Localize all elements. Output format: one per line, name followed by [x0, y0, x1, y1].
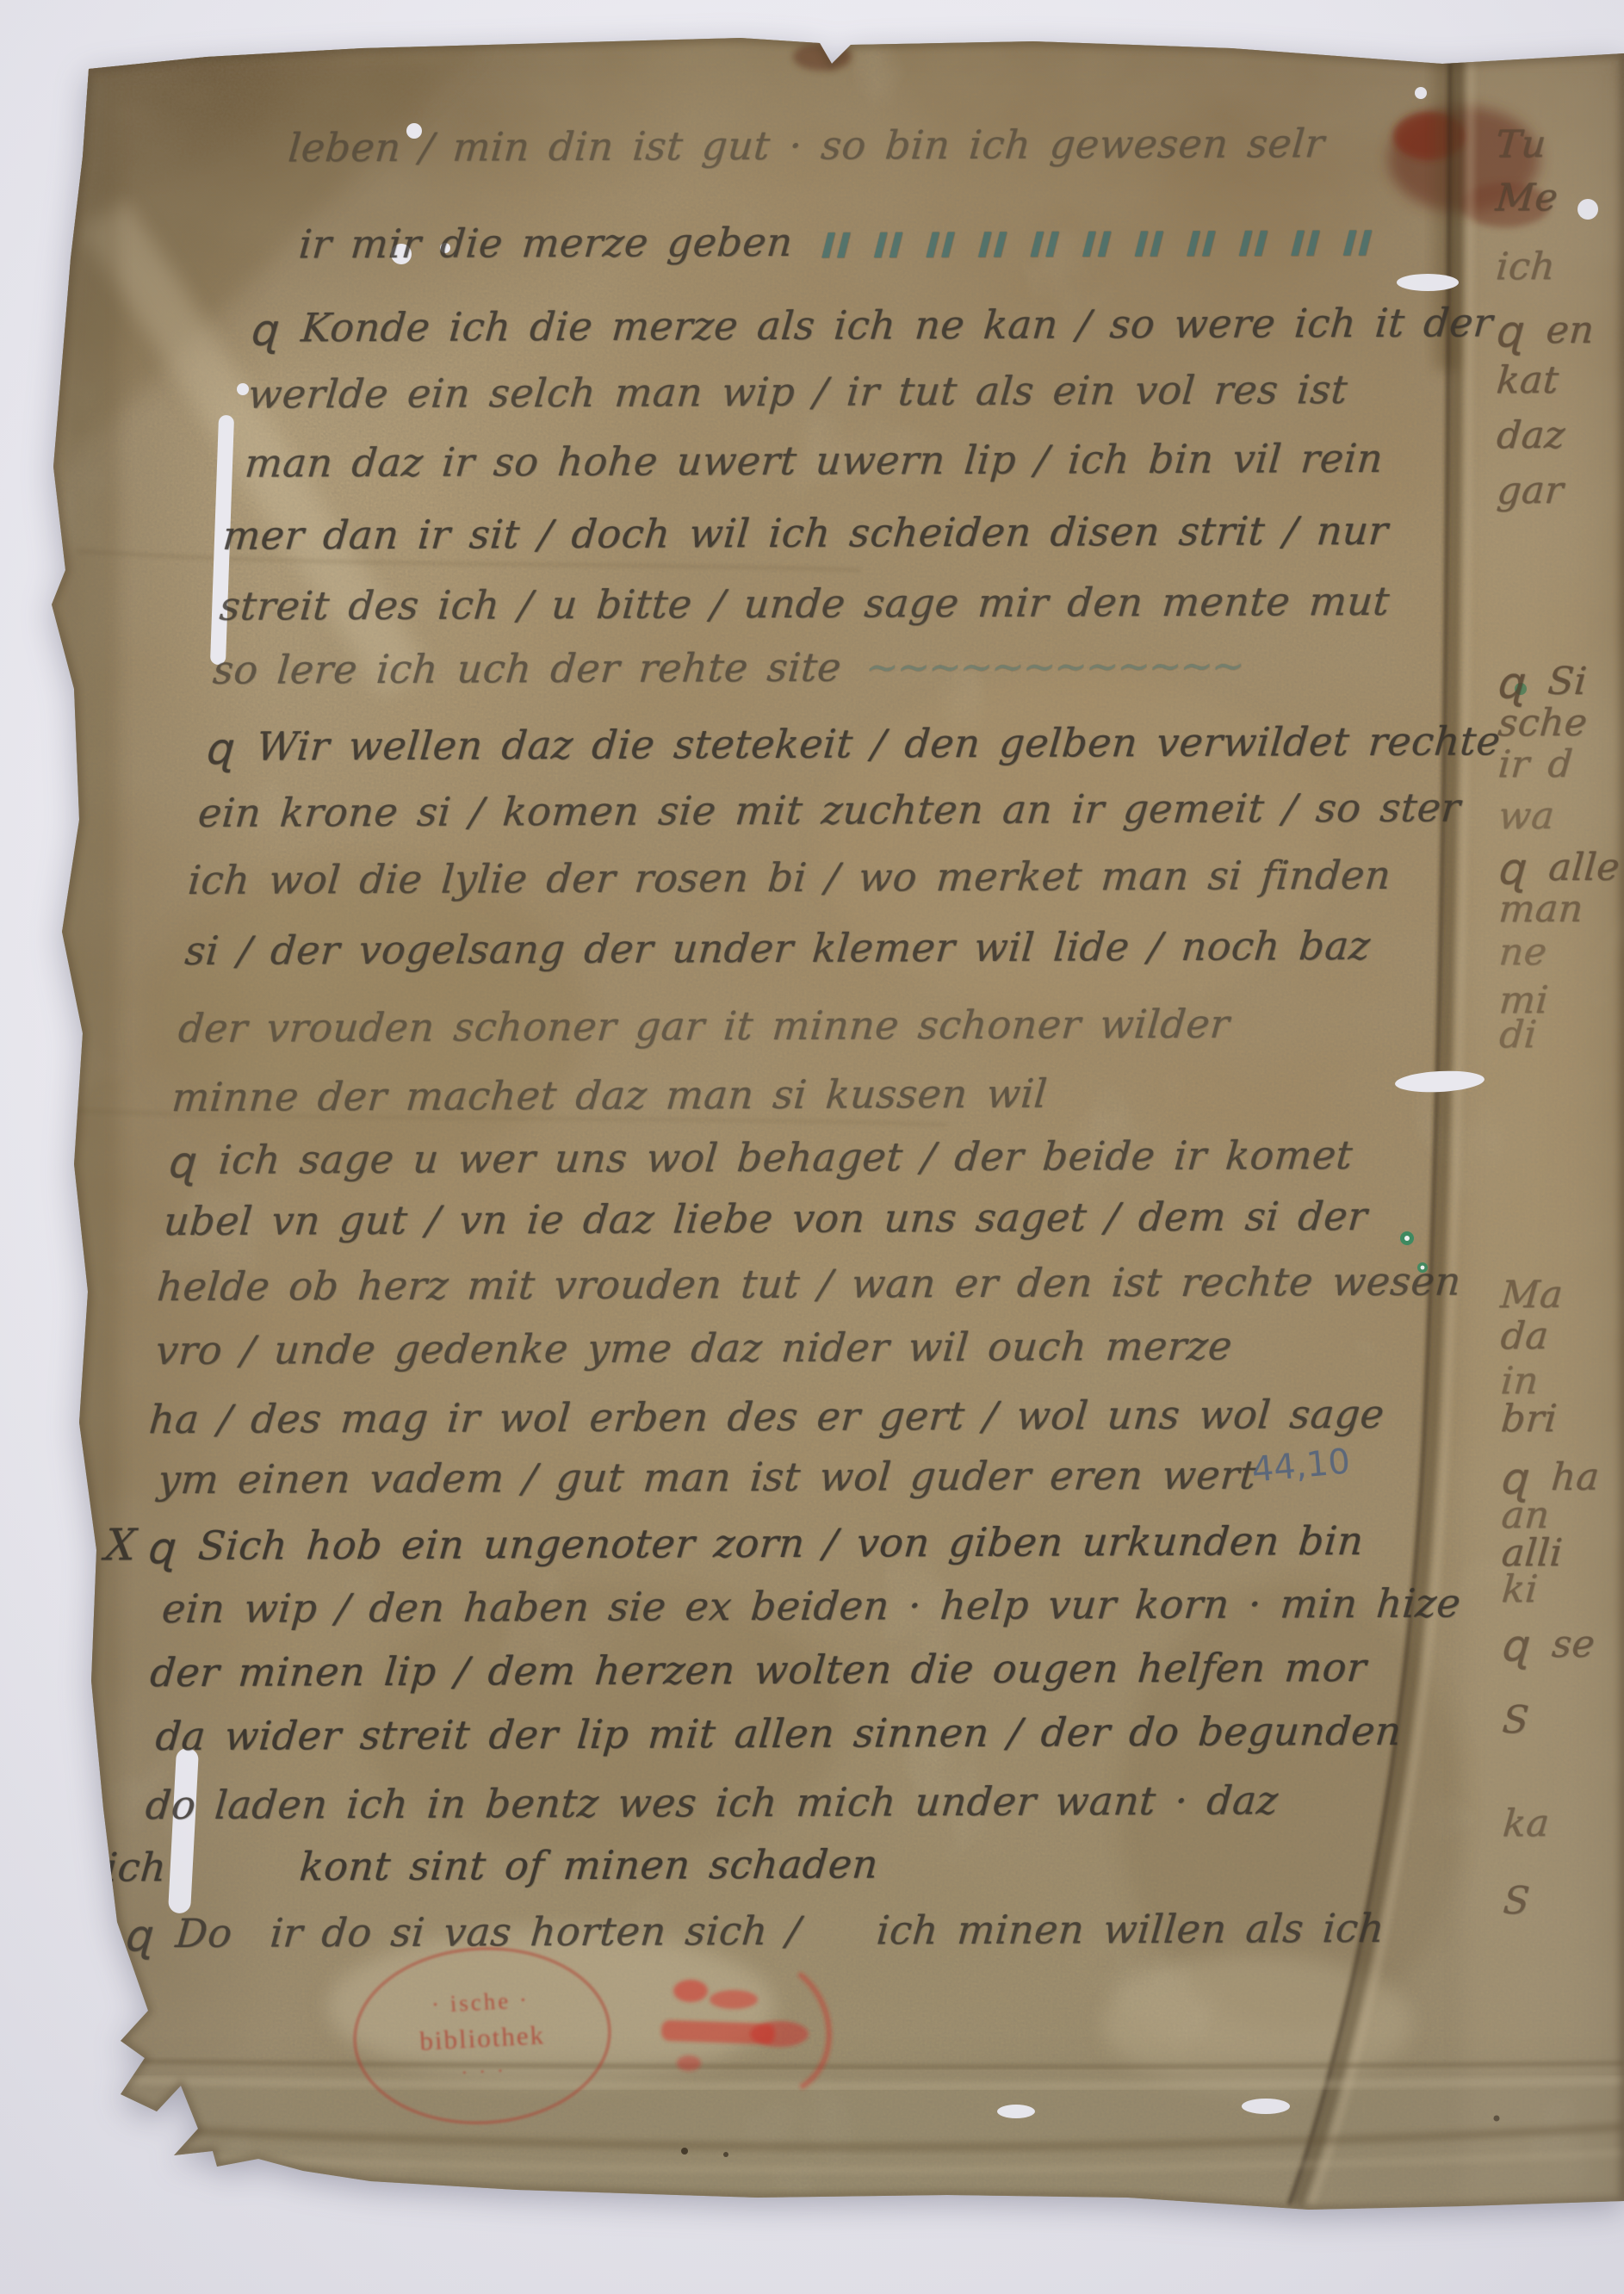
manuscript-text-line: minne der machet daz man si kussen wil — [170, 1074, 1049, 1117]
line-text: ubel vn gut / vn ie daz liebe von uns sa… — [162, 1193, 1369, 1244]
line-text: do laden ich in bentz wes ich mich under… — [144, 1777, 1280, 1829]
pilcrow-mark: ɋ — [124, 1914, 155, 1957]
line-text: Do ir do si vas horten sich / ich minen … — [174, 1905, 1386, 1956]
line-text: ha — [1550, 1455, 1602, 1499]
line-text: man daz ir so hohe uwert uwern lip / ich… — [243, 435, 1385, 487]
line-text: Sich hob ein ungenoter zorn / von giben … — [196, 1517, 1366, 1569]
manuscript-text-line: an — [1500, 1497, 1551, 1534]
manuscript-text-line: ich — [1495, 248, 1557, 286]
line-text: vro / unde gedenke yme daz nider wil ouc… — [154, 1323, 1234, 1373]
manuscript-text-line: leben / min din ist gut · so bin ich gew… — [287, 123, 1326, 167]
parchment-shadow: leben / min din ist gut · so bin ich gew… — [0, 0, 1624, 2294]
manuscript-text-line: si / der vogelsang der under klemer wil … — [183, 926, 1372, 970]
manuscript-text-line: ki — [1500, 1571, 1539, 1609]
line-text: kat — [1495, 358, 1560, 402]
manuscript-text-line: in — [1499, 1362, 1540, 1400]
line-text: ir mir die merze geben — [297, 219, 795, 268]
manuscript-text-line: Ma — [1499, 1276, 1565, 1314]
line-text: en — [1545, 308, 1596, 352]
line-text: helde ob herz mit vrouden tut / wan er d… — [155, 1258, 1462, 1311]
line-text: S — [1501, 1698, 1531, 1742]
manuscript-text-line: ich kont sint of minen schaden — [103, 1844, 880, 1888]
manuscript-text-line: ɋich sage u wer uns wol behaget / der be… — [167, 1132, 1354, 1181]
manuscript-text-line: da — [1499, 1317, 1550, 1355]
manuscript-text-line: der vrouden schoner gar it minne schoner… — [177, 1004, 1230, 1048]
manuscript-text-line: ubel vn gut / vn ie daz liebe von uns sa… — [162, 1196, 1368, 1241]
line-text: ein wip / den haben sie ex beiden · help… — [160, 1580, 1463, 1633]
line-text: mer dan ir sit / doch wil ich scheiden d… — [221, 507, 1391, 559]
manuscript-text-line: werlde ein selch man wip / ir tut als ei… — [246, 369, 1349, 414]
pilcrow-mark: ɋ — [1496, 661, 1527, 704]
pilcrow-mark: ɋ — [1497, 847, 1528, 890]
line-text: minne der machet daz man si kussen wil — [170, 1070, 1049, 1120]
margin-x-mark: X — [103, 1523, 138, 1566]
line-text: ich wol die lylie der rosen bi / wo merk… — [186, 852, 1392, 903]
manuscript-text-line: kat — [1495, 362, 1560, 400]
manuscript-text-line: gar — [1496, 472, 1565, 510]
line-text: gar — [1496, 468, 1565, 512]
line-text: Ma — [1499, 1273, 1565, 1317]
line-text: daz — [1495, 413, 1566, 457]
manuscript-text-line: ne — [1497, 933, 1548, 971]
modern-pencil-note: 44,10 — [1250, 1441, 1352, 1490]
line-text: da wider streit der lip mit allen sinnen… — [154, 1708, 1404, 1759]
manuscript-text-line: ɋSi — [1497, 658, 1590, 701]
manuscript-text-line: helde ob herz mit vrouden tut / wan er d… — [156, 1262, 1463, 1307]
line-text: ha / des mag ir wol erben des er gert / … — [147, 1391, 1386, 1442]
manuscript-text-line: bri — [1500, 1400, 1559, 1438]
line-text: Konde ich die merze als ich ne kan / so … — [300, 300, 1495, 351]
manuscript-text-line: ir d — [1497, 746, 1574, 784]
manuscript-text-line: ein wip / den haben sie ex beiden · help… — [160, 1584, 1462, 1629]
manuscript-text-line: wa — [1497, 797, 1557, 835]
pilcrow-mark: ɋ — [146, 1527, 177, 1570]
manuscript-text-line: do laden ich in bentz wes ich mich under… — [144, 1781, 1280, 1826]
line-text: ich kont sint of minen schaden — [102, 1841, 880, 1891]
line-text: werlde ein selch man wip / ir tut als ei… — [246, 366, 1349, 418]
manuscript-text-line: ɋWir wellen daz die stetekeit / den gelb… — [205, 718, 1503, 767]
pilcrow-mark: ɋ — [167, 1141, 198, 1184]
line-text: ir d — [1497, 742, 1575, 786]
manuscript-text-line: ha / des mag ir wol erben des er gert / … — [147, 1394, 1385, 1439]
manuscript-text-line: ɋKonde ich die merze als ich ne kan / so… — [250, 301, 1495, 349]
pilcrow-mark: ɋ — [249, 309, 280, 352]
manuscript-text-line: so lere ich uch der rehte site∼∼∼∼∼∼∼∼∼∼… — [212, 646, 1245, 690]
line-text: ich — [1494, 245, 1557, 288]
line-text: streit des ich / u bitte / unde sage mir… — [218, 578, 1392, 629]
line-text: sche — [1497, 701, 1590, 745]
manuscript-text-line: ɋalle — [1497, 844, 1622, 888]
line-text: bri — [1499, 1397, 1559, 1441]
manuscript-text-line: mer dan ir sit / doch wil ich scheiden d… — [221, 511, 1390, 555]
manuscript-text-line: ich wol die lylie der rosen bi / wo merk… — [187, 855, 1392, 900]
handwritten-text-layer: leben / min din ist gut · so bin ich gew… — [0, 0, 1624, 2294]
line-text: da — [1499, 1314, 1551, 1358]
line-text: wa — [1497, 794, 1556, 838]
manuscript-text-line: der minen lip / dem herzen wolten die ou… — [149, 1647, 1368, 1692]
pilcrow-mark: ɋ — [1500, 1624, 1531, 1667]
manuscript-text-line: S — [1502, 1882, 1531, 1920]
line-text: se — [1550, 1622, 1596, 1666]
manuscript-text-line: da wider streit der lip mit allen sinnen… — [154, 1711, 1403, 1756]
stamp-text-line: bibliothek — [418, 2019, 545, 2057]
line-text: ki — [1500, 1567, 1540, 1611]
manuscript-text-line: Me — [1494, 179, 1559, 217]
pilcrow-mark: ɋ — [205, 728, 236, 771]
manuscript-text-line: ym einen vadem / gut man ist wol guder e… — [157, 1455, 1258, 1500]
manuscript-scan: leben / min din ist gut · so bin ich gew… — [0, 0, 1624, 2294]
manuscript-text-line: ka — [1502, 1805, 1552, 1843]
line-text: ym einen vadem / gut man ist wol guder e… — [156, 1452, 1258, 1503]
blue-line-filler: ıı ıı ıı ıı ıı ıı ıı ıı ıı ıı ıı — [820, 217, 1375, 265]
manuscript-text-line: ɋen — [1495, 307, 1596, 350]
line-text: ich sage u wer uns wol behaget / der bei… — [217, 1131, 1354, 1183]
manuscript-text-line: XɋSich hob ein ungenoter zorn / von gibe… — [103, 1518, 1366, 1566]
manuscript-text-line: sche — [1497, 704, 1589, 742]
line-text: Si — [1547, 660, 1589, 704]
pilcrow-mark: ɋ — [1494, 310, 1525, 353]
line-text: S — [1502, 1879, 1532, 1923]
manuscript-text-line: ein krone si / komen sie mit zuchten an … — [196, 788, 1462, 833]
manuscript-text-line: man — [1497, 890, 1584, 928]
manuscript-text-line: vro / unde gedenke yme daz nider wil ouc… — [154, 1326, 1234, 1370]
manuscript-text-line: ir mir die merze gebenıı ıı ıı ıı ıı ıı … — [298, 220, 1376, 263]
manuscript-text-line: ɋDo ir do si vas horten sich / ich minen… — [124, 1906, 1386, 1954]
manuscript-text-line: ɋha — [1500, 1454, 1602, 1497]
manuscript-text-line: S — [1501, 1702, 1530, 1739]
manuscript-text-line: man daz ir so hohe uwert uwern lip / ich… — [244, 438, 1385, 483]
manuscript-text-line: Tu — [1494, 126, 1547, 164]
line-text: Wir wellen daz die stetekeit / den gelbe… — [255, 717, 1503, 769]
manuscript-text-line: di — [1498, 1016, 1539, 1054]
stamp-text-line: · ische · — [431, 1987, 530, 2018]
parchment-fragment: leben / min din ist gut · so bin ich gew… — [0, 0, 1624, 2294]
manuscript-text-line: streit des ich / u bitte / unde sage mir… — [218, 581, 1391, 626]
line-text: ne — [1497, 930, 1549, 974]
right-text-column: TuMeichɋenkatdazgarɋSischeir dwaɋalleman… — [0, 0, 1619, 3]
line-text: ein krone si / komen sie mit zuchten an … — [196, 784, 1462, 836]
line-text: Me — [1494, 176, 1559, 220]
line-text: so lere ich uch der rehte site — [211, 644, 843, 693]
line-text: alle — [1547, 846, 1622, 890]
line-text: der minen lip / dem herzen wolten die ou… — [148, 1644, 1368, 1696]
line-text: si / der vogelsang der under klemer wil … — [183, 922, 1373, 974]
line-text: der vrouden schoner gar it minne schoner… — [177, 1001, 1231, 1051]
teal-wave-mark: ∼∼∼∼∼∼∼∼∼∼∼∼ — [864, 642, 1245, 691]
line-text: leben / min din ist gut · so bin ich gew… — [287, 120, 1327, 170]
line-text: Tu — [1494, 122, 1548, 166]
line-text: man — [1497, 887, 1585, 931]
line-text: ka — [1501, 1801, 1551, 1845]
main-text-column: leben / min din ist gut · so bin ich gew… — [0, 0, 1619, 3]
manuscript-text-line: daz — [1496, 417, 1567, 455]
stamp-text-line: · · · — [461, 2059, 507, 2084]
line-text: di — [1497, 1013, 1538, 1057]
manuscript-text-line: ɋse — [1500, 1621, 1596, 1664]
